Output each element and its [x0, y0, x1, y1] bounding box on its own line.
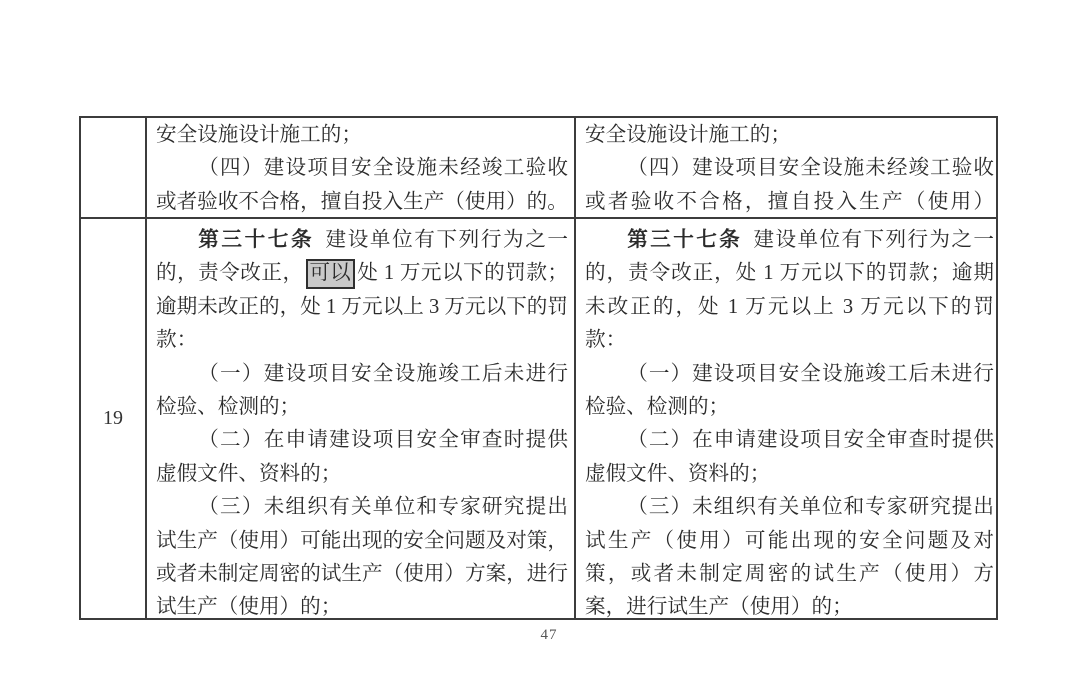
highlighted-term: 可以 — [306, 259, 355, 289]
clause-item: （一）建设项目安全设施竣工后未进行检验、检测的； — [585, 358, 994, 425]
clause-item: （二）在申请建设项目安全审查时提供虚假文件、资料的； — [156, 424, 568, 491]
article-heading: 第三十七条 — [627, 229, 742, 251]
clause-item: （四）建设项目安全设施未经竣工验收或者验收不合格，擅自投入生产（使用）的。 — [156, 152, 568, 217]
clause-item: （一）建设项目安全设施竣工后未进行检验、检测的； — [156, 358, 568, 425]
row-number-cell: 19 — [81, 219, 145, 618]
clause-item: （三）未组织有关单位和专家研究提出试生产（使用）可能出现的安全问题及对策，或者未… — [156, 491, 568, 618]
right-version-cell: 第三十七条建设单位有下列行为之一的，责令改正，处 1 万元以下的罚款；逾期未改正… — [574, 219, 996, 618]
article-heading: 第三十七条 — [198, 229, 314, 251]
row-number: 19 — [103, 407, 123, 430]
paragraph: 安全设施设计施工的； — [585, 119, 994, 152]
page-number: 47 — [0, 627, 1080, 644]
clause-item: （二）在申请建设项目安全审查时提供虚假文件、资料的； — [585, 424, 994, 491]
table-row: 安全设施设计施工的； （四）建设项目安全设施未经竣工验收或者验收不合格，擅自投入… — [81, 118, 996, 217]
paragraph: 第三十七条建设单位有下列行为之一的，责令改正，可以处 1 万元以下的罚款；逾期未… — [156, 224, 568, 358]
clause-item: （三）未组织有关单位和专家研究提出试生产（使用）可能出现的安全问题及对策，或者未… — [585, 491, 994, 618]
comparison-table: 安全设施设计施工的； （四）建设项目安全设施未经竣工验收或者验收不合格，擅自投入… — [79, 116, 998, 620]
paragraph: 安全设施设计施工的； — [156, 119, 568, 152]
right-version-cell: 安全设施设计施工的； （四）建设项目安全设施未经竣工验收或者验收不合格，擅自投入… — [574, 118, 996, 217]
paragraph: 第三十七条建设单位有下列行为之一的，责令改正，处 1 万元以下的罚款；逾期未改正… — [585, 224, 994, 358]
table-row: 19 第三十七条建设单位有下列行为之一的，责令改正，可以处 1 万元以下的罚款；… — [81, 217, 996, 618]
left-version-cell: 第三十七条建设单位有下列行为之一的，责令改正，可以处 1 万元以下的罚款；逾期未… — [145, 219, 574, 618]
clause-item: （四）建设项目安全设施未经竣工验收或者验收不合格，擅自投入生产（使用）的。 — [585, 152, 994, 217]
left-version-cell: 安全设施设计施工的； （四）建设项目安全设施未经竣工验收或者验收不合格，擅自投入… — [145, 118, 574, 217]
row-number-cell — [81, 118, 145, 217]
